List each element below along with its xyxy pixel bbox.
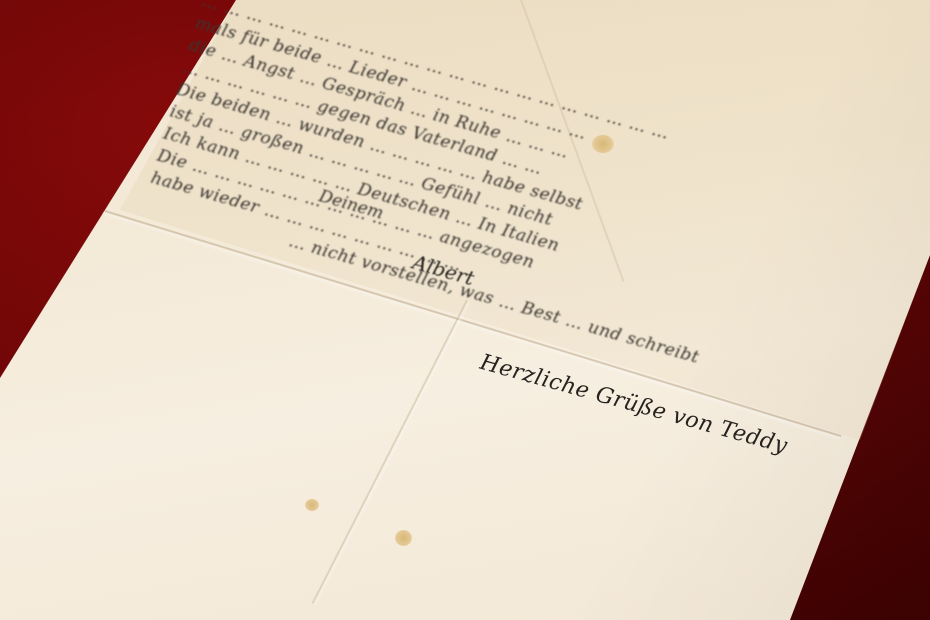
paper-stain [305,499,319,511]
paper-stain [395,530,412,546]
